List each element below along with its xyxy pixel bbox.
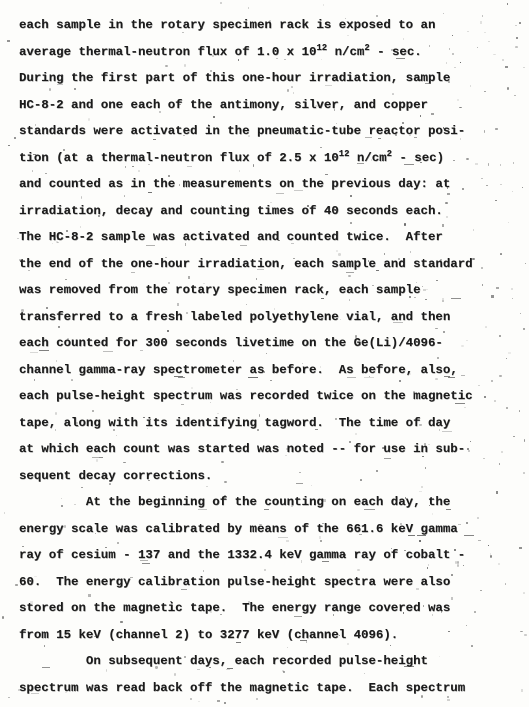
document-page: each sample in the rotary specimen rack … (0, 0, 529, 707)
text-line: 60. The energy calibration pulse-height … (19, 569, 523, 596)
text-line: at which each count was started was note… (19, 436, 523, 463)
text-line: and counted as in the measurements on th… (19, 171, 523, 198)
text-line: tape, along with its identifying tagword… (19, 410, 523, 437)
text-line: from 15 keV (channel 2) to 3277 keV (cha… (19, 622, 523, 649)
text-line: During the first part of this one-hour i… (19, 65, 523, 92)
text-line: energy scale was calibrated by means of … (19, 516, 523, 543)
text-line: average thermal-neutron flux of 1.0 x 10… (19, 39, 523, 66)
text-line: At the beginning of the counting on each… (19, 489, 523, 516)
text-line: each pulse-height spectrum was recorded … (19, 383, 523, 410)
text-line: The HC-8-2 sample was activated and coun… (19, 224, 523, 251)
text-line: tion (at a thermal-neutron flux of 2.5 x… (19, 145, 523, 172)
text-line: channel gamma-ray spectrometer as before… (19, 357, 523, 384)
document-lines: each sample in the rotary specimen rack … (19, 12, 523, 701)
text-line: ray of cesium - 137 and the 1332.4 keV g… (19, 542, 523, 569)
text-line: stored on the magnetic tape. The energy … (19, 595, 523, 622)
text-line: sequent decay corrections. (19, 463, 523, 490)
text-line: the end of the one-hour irradiation, eac… (19, 251, 523, 278)
text-line: On subsequent days, each recorded pulse-… (19, 648, 523, 675)
text-line: was removed from the rotary specimen rac… (19, 277, 523, 304)
text-line: HC-8-2 and one each of the antimony, sil… (19, 92, 523, 119)
text-line: transferred to a fresh labeled polyethyl… (19, 304, 523, 331)
text-line: each sample in the rotary specimen rack … (19, 12, 523, 39)
text-line: spectrum was read back off the magnetic … (19, 675, 523, 702)
text-line: each counted for 300 seconds livetime on… (19, 330, 523, 357)
text-line: irradiation, decay and counting times of… (19, 198, 523, 225)
text-line: standards were activated in the pneumati… (19, 118, 523, 145)
